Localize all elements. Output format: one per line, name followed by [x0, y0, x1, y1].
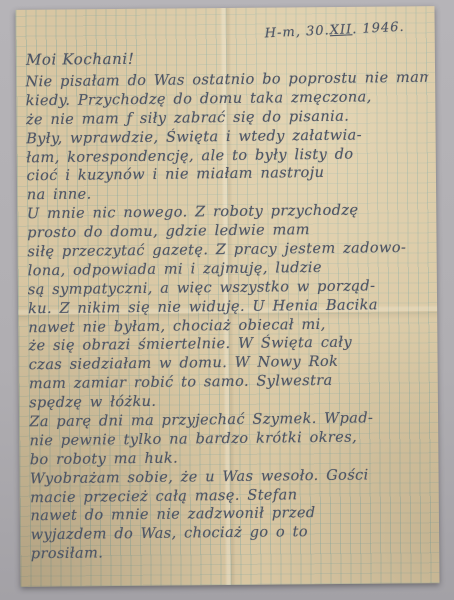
letter-line: prosiłam.: [31, 541, 434, 564]
dateline: H-m, 30.XII. 1946.: [264, 20, 405, 42]
scan-background: { "letter": { "dateline": { "place": "H-…: [0, 0, 454, 600]
dateline-month: XII: [329, 22, 352, 38]
letter-paper: H-m, 30.XII. 1946. Moi Kochani! Nie pisa…: [15, 6, 439, 587]
salutation: Moi Kochani!: [26, 50, 135, 69]
dateline-day: 30.: [306, 23, 330, 39]
letter-body: Nie pisałam do Was ostatnio bo poprostu …: [25, 69, 434, 565]
dateline-year: . 1946.: [352, 20, 405, 37]
dateline-place: H-m,: [264, 25, 301, 42]
